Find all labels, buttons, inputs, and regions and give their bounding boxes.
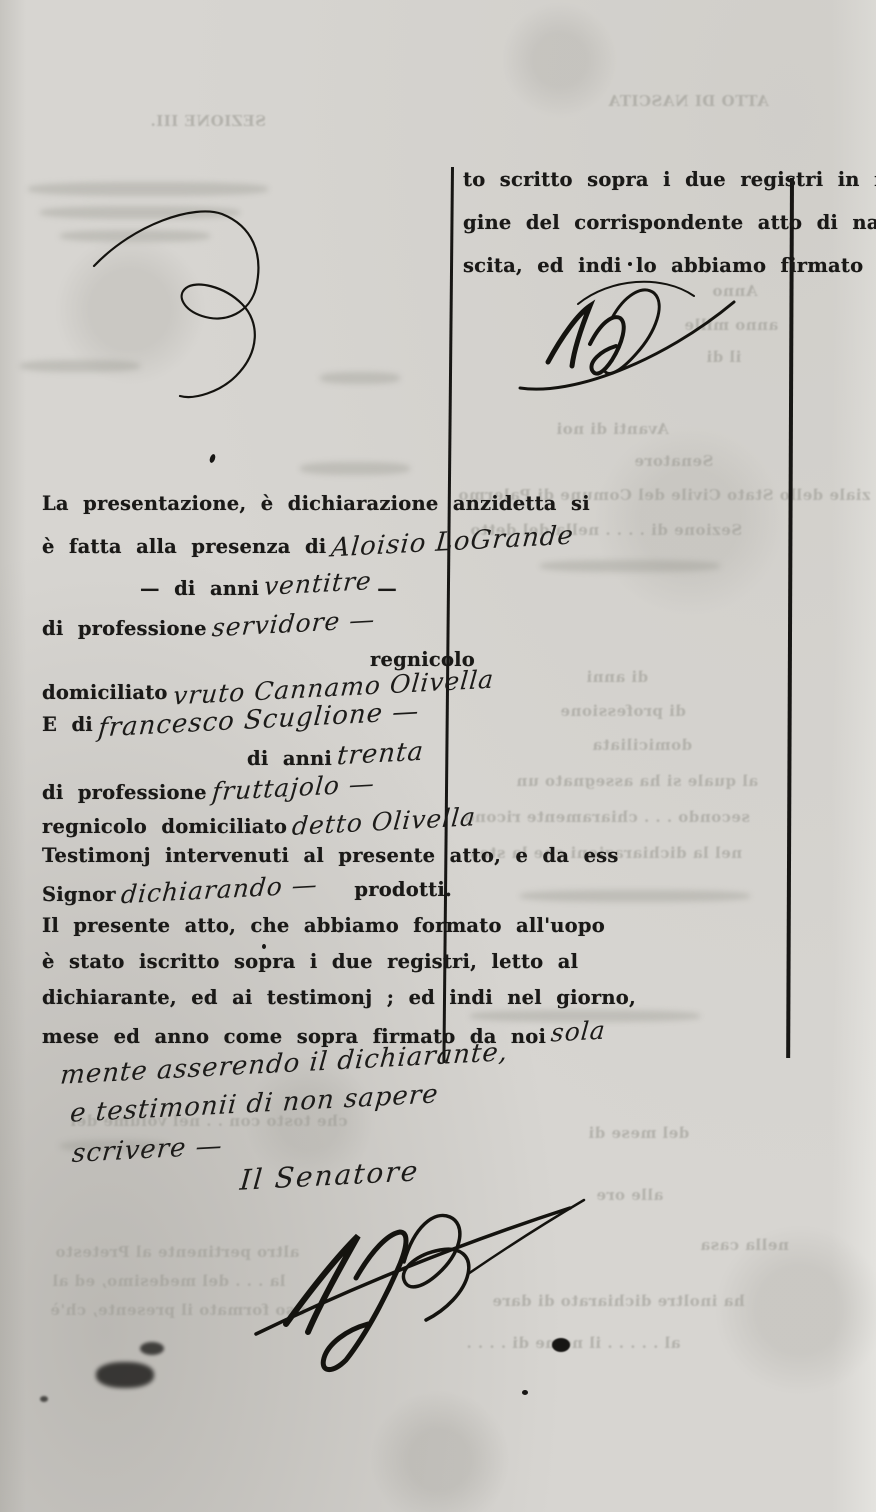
printed-text: — di anni [140,577,259,600]
bleedthrough-text: secondo . . . chiaramente ricono [464,808,750,826]
bleed-smudge [28,182,268,196]
ink-smudge [96,1362,154,1388]
document-page: ATTO DI NASCITA SEZIONE III. Anno anno m… [0,0,876,1512]
form-line: di anni trenta [247,742,424,772]
bleedthrough-text: del mese di [588,1124,689,1142]
printed-text: regnicolo domiciliato [42,815,287,838]
form-line: regnicolo domiciliato detto Olivella [42,810,476,839]
printed-text: di professione [42,617,207,640]
printed-text: gine del corrispondente atto di na- [463,211,876,234]
bleedthrough-text: di anni [586,668,648,686]
form-line: è stato iscritto sopra i due registri, l… [42,950,578,973]
form-line: scrivere — [72,1138,223,1168]
bleedthrough-text: ATTO DI NASCITA [608,92,769,110]
form-line: di professione fruttajolo — [42,776,375,805]
printed-text: Signor [42,883,116,906]
right-margin-rule [786,178,794,1058]
printed-text: — [377,577,397,600]
bleed-smudge [520,890,750,902]
printed-text: domiciliato [42,681,168,704]
printed-text: to scritto sopra i due registri in mar- [463,168,876,191]
bleedthrough-text: al quale si ha assegnato un [516,772,758,790]
bleedthrough-text: alle ore [596,1186,663,1204]
bleedthrough-text: nella casa [700,1236,789,1254]
bleed-smudge [300,462,410,475]
handwritten-entry: trenta [336,737,425,772]
form-line: Il presente atto, che abbiamo formato al… [42,914,605,937]
signature-official-right [512,266,742,406]
bleedthrough-text: SEZIONE III. [150,112,266,130]
bleedthrough-text: Senatore [634,452,713,470]
handwritten-entry: detto Olivella [291,802,478,841]
ink-blot [552,1338,570,1352]
printed-text: di professione [42,781,207,804]
handwritten-entry: Aloisio LoGrande [330,521,575,564]
handwritten-entry: dichiarando — [120,870,319,909]
ink-speck [262,944,266,949]
ink-smudge [140,1342,164,1355]
bleed-smudge [320,372,400,384]
ink-speck [40,1396,48,1402]
printed-text: Testimonj intervenuti al presente atto, … [42,844,619,867]
form-line: Testimonj intervenuti al presente atto, … [42,844,619,867]
form-line: e testimonii di non sapere [70,1092,439,1122]
printed-text: E di [42,713,93,736]
form-line: dichiarante, ed ai testimonj ; ed indi n… [42,986,636,1009]
ink-speck [522,1390,528,1395]
printed-text: dichiarante, ed ai testimonj ; ed indi n… [42,986,636,1009]
form-line: domiciliato vruto Cannamo Olivella [42,676,494,705]
handwritten-entry: scrivere — [71,1131,224,1169]
handwritten-entry: servidore — [211,605,377,643]
form-line: mese ed anno come sopra firmato da noi s… [42,1020,606,1049]
printed-text: La presentazione, è dichiarazione anzide… [42,492,590,515]
printed-text: prodotti. [354,878,452,901]
form-line: Signor dichiarando — prodotti. [42,878,452,907]
handwritten-entry: ventitre [263,566,373,601]
form-line: di professione servidore — [42,612,375,641]
signature-senatore [228,1182,598,1382]
form-line: è fatta alla presenza di Aloisio LoGrand… [42,530,575,560]
printed-text: è fatta alla presenza di [42,535,326,558]
ink-speck [628,262,632,266]
printed-text: di anni [247,747,332,770]
form-line: La presentazione, è dichiarazione anzide… [42,492,590,515]
handwritten-entry: sola [550,1015,607,1047]
pen-flourish-mark [82,198,282,408]
printed-text: Il presente atto, che abbiamo formato al… [42,914,605,937]
bleed-smudge [540,560,720,572]
bleedthrough-text: domiciliata [592,736,692,754]
bleedthrough-text: Avanti di noi [556,420,669,438]
handwritten-entry: fruttajolo — [211,769,376,807]
form-line: E di francesco Scuglione — [42,708,420,738]
form-line: mente asserendo il dichiarante, [60,1052,508,1082]
printed-text: è stato iscritto sopra i due registri, l… [42,950,578,973]
bleedthrough-text: di professione [560,702,686,720]
ink-speck [209,453,217,463]
form-line: — di anni ventitre — [140,572,397,601]
